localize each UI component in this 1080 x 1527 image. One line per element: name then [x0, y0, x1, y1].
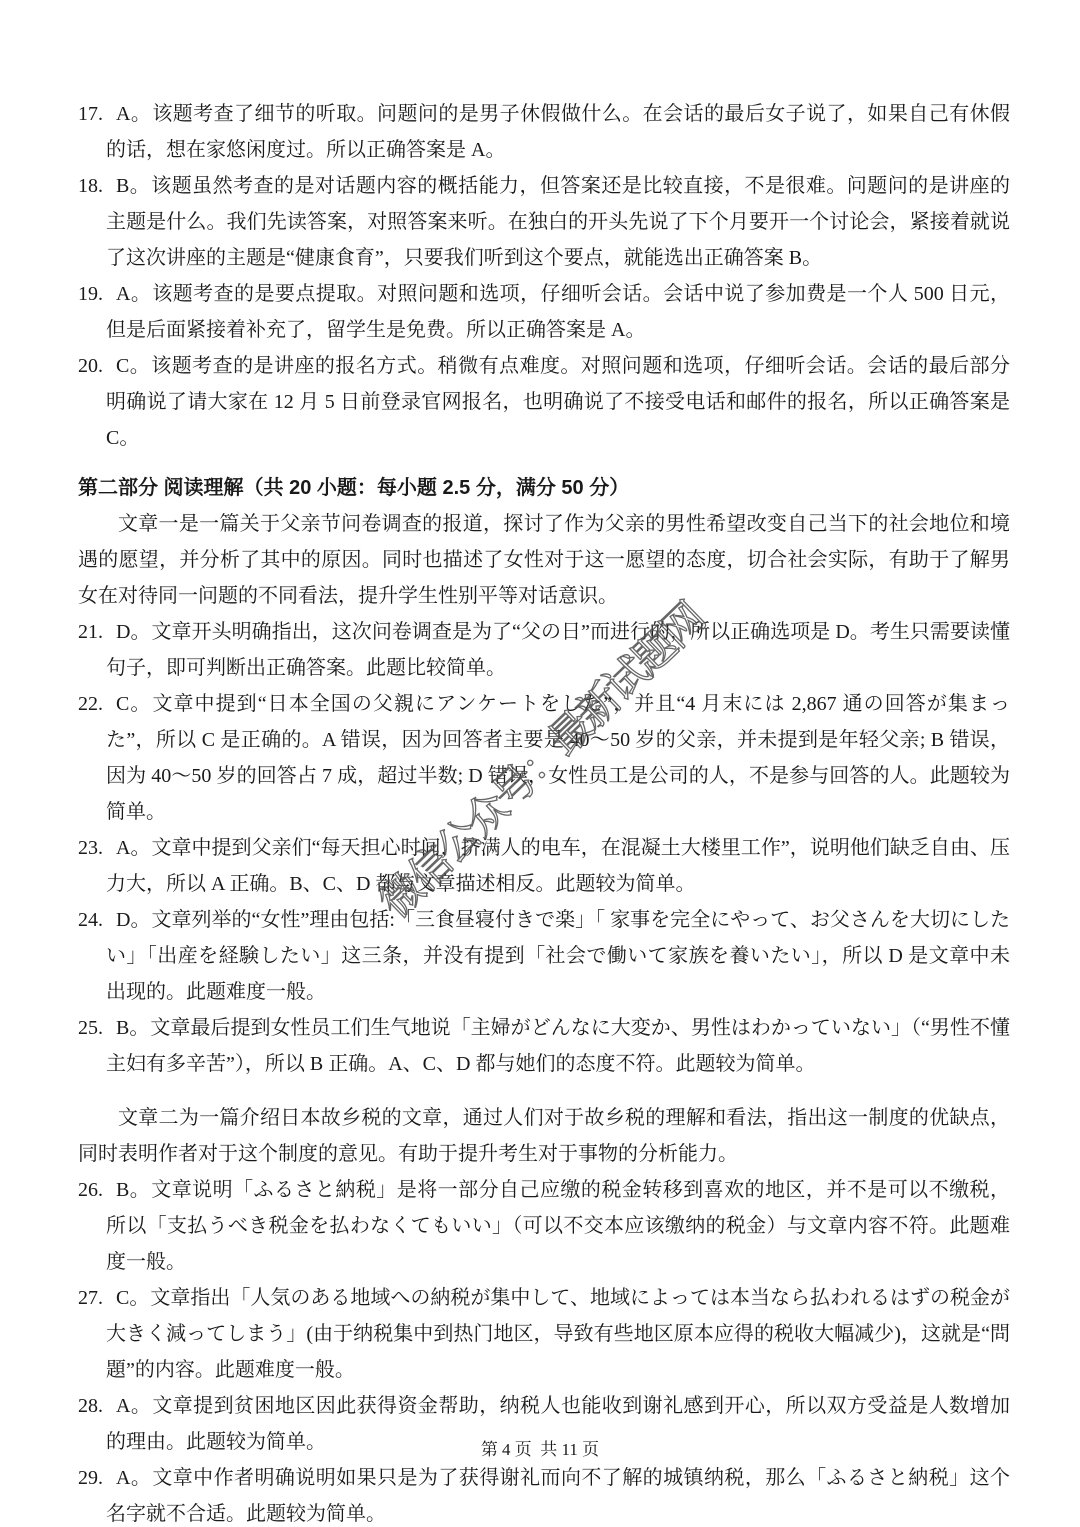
question-number: 24. — [78, 909, 103, 931]
document-page: 微信公众号：最新试题网 17.A。该题考查了细节的听取。问题问的是男子休假做什么… — [0, 0, 1080, 1527]
page-number-footer: 第 4 页 共 11 页 — [0, 1432, 1080, 1468]
explanation-text: 该题考查的是要点提取。对照问题和选项，仔细听会话。会话中说了参加费是一个人 50… — [106, 283, 1010, 341]
question-item-20: 20.C。该题考查的是讲座的报名方式。稍微有点难度。对照问题和选项，仔细听会话。… — [78, 348, 1010, 456]
page-content: 17.A。该题考查了细节的听取。问题问的是男子休假做什么。在会话的最后女子说了，… — [0, 0, 1080, 1527]
question-number: 27. — [78, 1287, 103, 1309]
answer-letter: C。 — [116, 355, 150, 377]
answer-letter: B。 — [116, 1179, 150, 1201]
explanation-text: 该题虽然考查的是对话题内容的概括能力，但答案还是比较直接，不是很难。问题问的是讲… — [106, 175, 1010, 269]
question-item-22: 22.C。文章中提到“日本全国の父親にアンケートをした”，并且“4 月末には 2… — [78, 686, 1010, 830]
explanation-text: 文章最后提到女性员工们生气地说「主婦がどんなに大変か、男性はわかっていない」（“… — [106, 1017, 1010, 1075]
question-number: 22. — [78, 693, 103, 715]
explanation-text: 文章中提到父亲们“每天担心时间，挤满人的电车，在混凝土大楼里工作”，说明他们缺乏… — [106, 837, 1010, 895]
answer-letter: A。 — [116, 837, 150, 859]
explanation-text: 文章指出「人気のある地域への納税が集中して、地域によっては本当なら払われるはずの… — [106, 1287, 1010, 1381]
question-number: 18. — [78, 175, 103, 197]
answer-letter: A。 — [116, 103, 151, 125]
question-number: 20. — [78, 355, 103, 377]
question-number: 17. — [78, 103, 103, 125]
question-number: 19. — [78, 283, 103, 305]
question-item-18: 18.B。该题虽然考查的是对话题内容的概括能力，但答案还是比较直接，不是很难。问… — [78, 168, 1010, 276]
answer-letter: C。 — [116, 1287, 149, 1309]
explanation-text: 文章说明「ふるさと納税」是将一部分自己应缴的税金转移到喜欢的地区，并不是可以不缴… — [106, 1179, 1010, 1273]
explanation-text: 该题考查的是讲座的报名方式。稍微有点难度。对照问题和选项，仔细听会话。会话的最后… — [106, 355, 1010, 449]
explanation-text: 文章列举的“女性”理由包括:「三食昼寝付きで楽」「 家事を完全にやって、お父さん… — [106, 909, 1010, 1003]
question-item-23: 23.A。文章中提到父亲们“每天担心时间，挤满人的电车，在混凝土大楼里工作”，说… — [78, 830, 1010, 902]
question-number: 21. — [78, 621, 103, 643]
section-heading: 第二部分 阅读理解（共 20 小题：每小题 2.5 分，满分 50 分） — [78, 470, 1010, 506]
explanation-text: 文章中作者明确说明如果只是为了获得谢礼而向不了解的城镇纳税，那么「ふるさと納税」… — [106, 1467, 1010, 1525]
question-number: 29. — [78, 1467, 103, 1489]
article2-intro: 文章二为一篇介绍日本故乡税的文章，通过人们对于故乡税的理解和看法，指出这一制度的… — [78, 1100, 1010, 1172]
answer-letter: D。 — [116, 909, 150, 931]
question-item-21: 21.D。文章开头明确指出，这次问卷调查是为了“父の日”而进行的，所以正确选项是… — [78, 614, 1010, 686]
answer-letter: A。 — [116, 1395, 151, 1417]
answer-letter: C。 — [116, 693, 151, 715]
explanation-text: 文章中提到“日本全国の父親にアンケートをした”，并且“4 月末には 2,867 … — [106, 693, 1010, 823]
question-item-17: 17.A。该题考查了细节的听取。问题问的是男子休假做什么。在会话的最后女子说了，… — [78, 96, 1010, 168]
question-number: 25. — [78, 1017, 103, 1039]
question-item-26: 26.B。文章说明「ふるさと納税」是将一部分自己应缴的税金转移到喜欢的地区，并不… — [78, 1172, 1010, 1280]
question-number: 23. — [78, 837, 103, 859]
explanation-text: 文章开头明确指出，这次问卷调查是为了“父の日”而进行的，所以正确选项是 D。考生… — [106, 621, 1010, 679]
answer-letter: B。 — [116, 1017, 149, 1039]
article1-intro: 文章一是一篇关于父亲节问卷调查的报道，探讨了作为父亲的男性希望改变自己当下的社会… — [78, 506, 1010, 614]
question-item-24: 24.D。文章列举的“女性”理由包括:「三食昼寝付きで楽」「 家事を完全にやって… — [78, 902, 1010, 1010]
question-item-25: 25.B。文章最后提到女性员工们生气地说「主婦がどんなに大変か、男性はわかってい… — [78, 1010, 1010, 1082]
answer-letter: A。 — [116, 1467, 151, 1489]
question-item-27: 27.C。文章指出「人気のある地域への納税が集中して、地域によっては本当なら払わ… — [78, 1280, 1010, 1388]
answer-letter: B。 — [116, 175, 150, 197]
explanation-text: 该题考查了细节的听取。问题问的是男子休假做什么。在会话的最后女子说了，如果自己有… — [106, 103, 1010, 161]
question-item-29: 29.A。文章中作者明确说明如果只是为了获得谢礼而向不了解的城镇纳税，那么「ふる… — [78, 1460, 1010, 1527]
answer-letter: A。 — [116, 283, 151, 305]
question-number: 28. — [78, 1395, 103, 1417]
question-item-19: 19.A。该题考查的是要点提取。对照问题和选项，仔细听会话。会话中说了参加费是一… — [78, 276, 1010, 348]
question-number: 26. — [78, 1179, 103, 1201]
answer-letter: D。 — [116, 621, 151, 643]
